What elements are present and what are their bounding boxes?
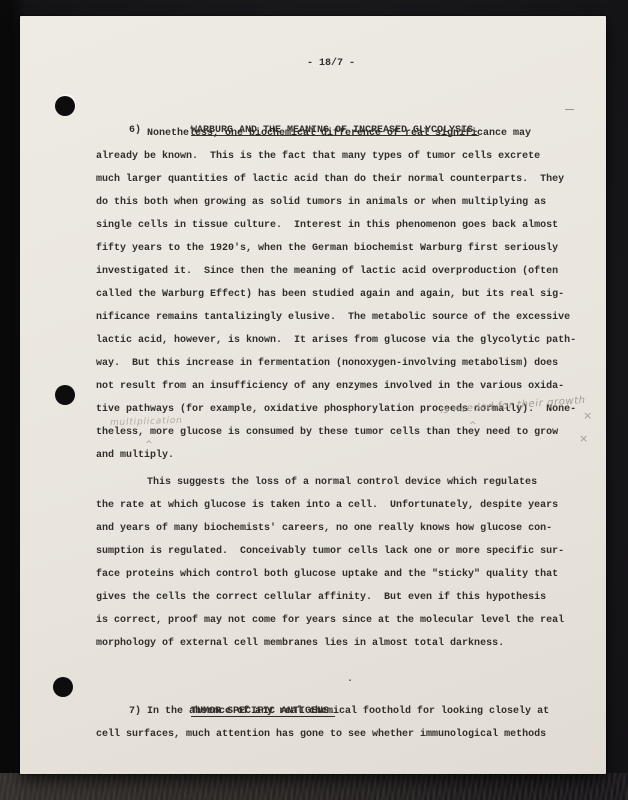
text-line: and years of many biochemists' careers, …	[96, 517, 601, 540]
text-line: single cells in tissue culture. Interest…	[96, 214, 601, 237]
text-line: sumption is regulated. Conceivably tumor…	[96, 540, 601, 563]
text-line: not result from an insufficiency of any …	[96, 375, 601, 398]
pencil-tick-mark	[565, 109, 574, 110]
paragraph: In the absence of any real chemical foot…	[96, 700, 601, 746]
scanned-document-scene: - 18/7 - 6)WARBURG AND THE MEANING OF IN…	[0, 0, 628, 800]
punch-hole-icon	[55, 96, 75, 116]
paragraph: This suggests the loss of a normal contr…	[96, 471, 601, 655]
text-line: and multiply.	[96, 444, 601, 467]
section-heading-row: 7)TUMOR SPECIFIC ANTIGENS.	[93, 677, 335, 700]
text-line: In the absence of any real chemical foot…	[96, 700, 601, 723]
text-line: nificance remains tantalizingly elusive.…	[96, 306, 601, 329]
pencil-x-mark: ×	[579, 432, 588, 445]
text-line: fifty years to the 1920's, when the Germ…	[96, 237, 601, 260]
pencil-caret-mark: ^	[469, 421, 477, 431]
text-line: called the Warburg Effect) has been stud…	[96, 283, 601, 306]
text-line: Nonetheless, one biochemical difference …	[96, 122, 601, 145]
background-surface	[0, 773, 628, 800]
text-line: This suggests the loss of a normal contr…	[96, 471, 601, 494]
pencil-caret-mark: ^	[145, 440, 153, 450]
text-line: investigated it. Since then the meaning …	[96, 260, 601, 283]
stray-typed-dot: .	[347, 668, 353, 691]
text-line: do this both when growing as solid tumor…	[96, 191, 601, 214]
pencil-x-mark: ×	[583, 409, 592, 422]
text-line: cell surfaces, much attention has gone t…	[96, 723, 601, 746]
page-number: - 18/7 -	[96, 52, 566, 75]
section-heading-row: 6)WARBURG AND THE MEANING OF INCREASED G…	[93, 96, 479, 119]
text-line: morphology of external cell membranes li…	[96, 632, 601, 655]
punch-hole-icon	[55, 385, 75, 405]
text-line: way. But this increase in fermentation (…	[96, 352, 601, 375]
punch-hole-icon	[53, 677, 73, 697]
text-line: gives the cells the correct cellular aff…	[96, 586, 601, 609]
text-line: face proteins which control both glucose…	[96, 563, 601, 586]
text-line: the rate at which glucose is taken into …	[96, 494, 601, 517]
document-page: - 18/7 - 6)WARBURG AND THE MEANING OF IN…	[20, 16, 606, 774]
text-line: already be known. This is the fact that …	[96, 145, 601, 168]
text-line: much larger quantities of lactic acid th…	[96, 168, 601, 191]
text-line: is correct, proof may not come for years…	[96, 609, 601, 632]
text-line: lactic acid, however, is known. It arise…	[96, 329, 601, 352]
